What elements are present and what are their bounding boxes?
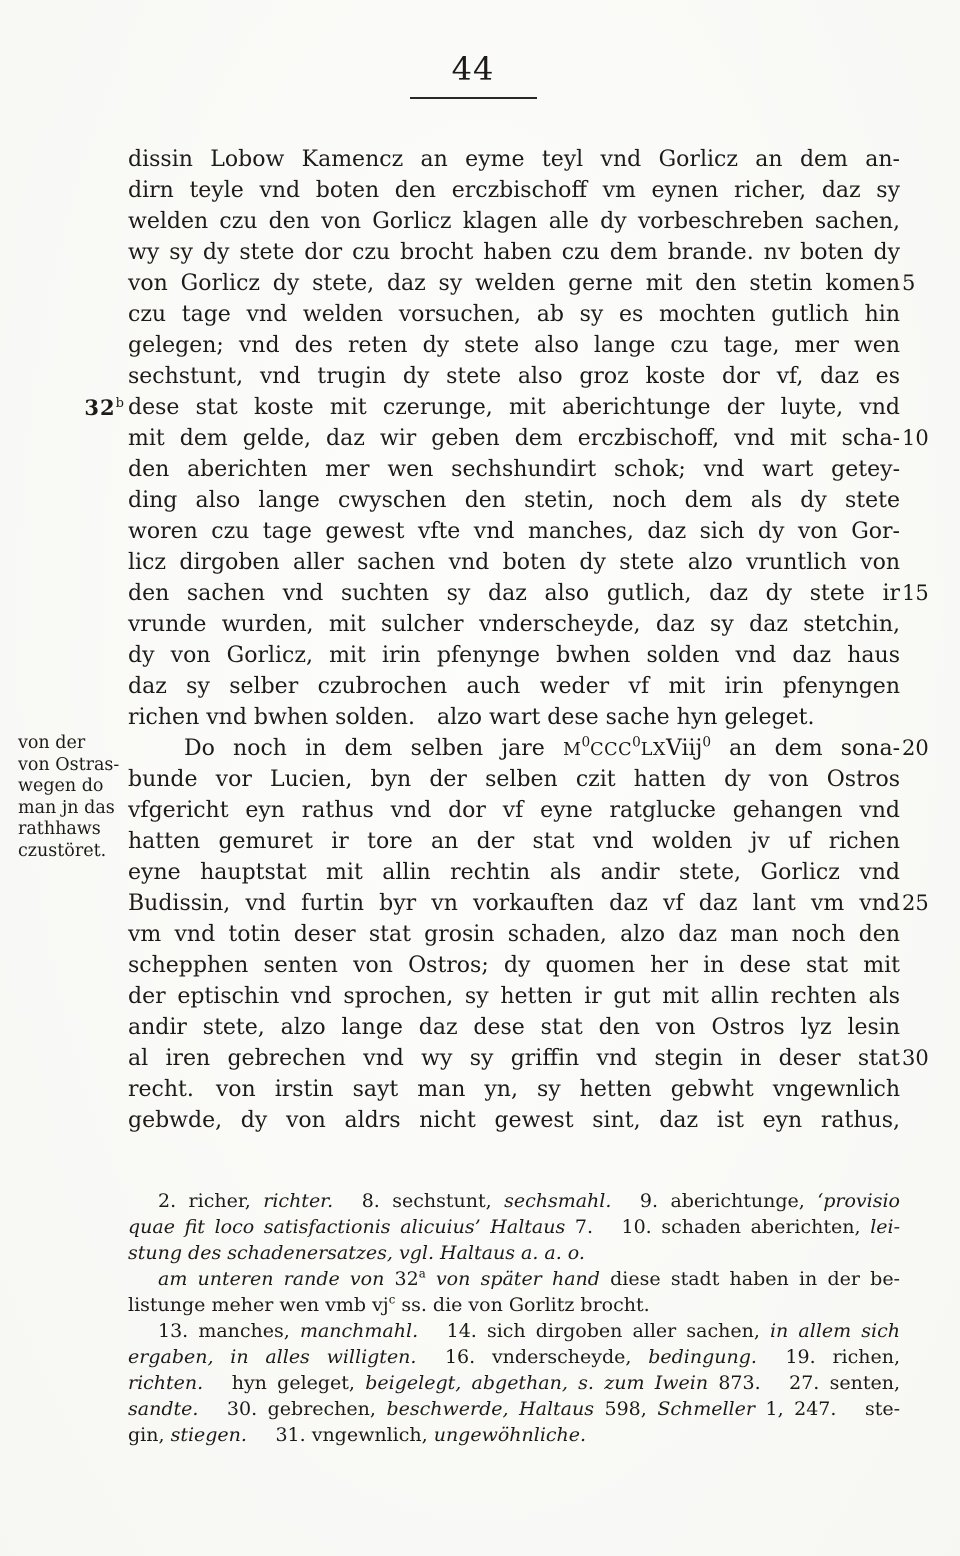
text-segment: daz sy selber czubrochen auch weder vf m…: [128, 674, 900, 699]
text-line: recht. von irstin sayt man yn, sy hetten…: [128, 1074, 900, 1105]
text-segment: mit dem gelde, daz wir geben dem erczbis…: [128, 426, 900, 451]
text-segment: ss. die von Gorlitz brocht.: [395, 1294, 649, 1316]
footnote-line: quae fit loco satisfactionis alicuius’ H…: [128, 1214, 900, 1240]
text-line: hatten gemuret ir tore an der stat vnd w…: [128, 826, 900, 857]
text-segment: 13. manches,: [158, 1320, 300, 1342]
line-number: 10: [902, 423, 942, 454]
footnote-line: 2. richer, richter. 8. sechstunt, sechsm…: [128, 1188, 900, 1214]
text-segment: CCC: [590, 740, 632, 760]
text-segment: vfgericht eyn rathus vnd dor vf eyne rat…: [128, 798, 900, 823]
text-segment: am unteren rande von: [158, 1268, 395, 1290]
side-note-line: man jn das: [18, 798, 124, 820]
text-segment: 19. richen,: [757, 1346, 900, 1368]
text-segment: dy von Gorlicz, mit irin pfenynge bwhen …: [128, 643, 900, 668]
text-line: vrunde wurden, mit sulcher vnderscheyde,…: [128, 609, 900, 640]
text-segment: beigelegt, abgethan, s. zum Iwein: [365, 1372, 708, 1394]
text-segment: gelegen; vnd des reten dy stete also lan…: [128, 333, 900, 358]
text-line: wy sy dy stete dor czu brocht haben czu …: [128, 237, 900, 268]
text-segment: 0: [632, 735, 641, 751]
text-line: licz dirgoben aller sachen vnd boten dy …: [128, 547, 900, 578]
text-line: der eptischin vnd sprochen, sy hetten ir…: [128, 981, 900, 1012]
footnotes-block: 2. richer, richter. 8. sechstunt, sechsm…: [128, 1188, 900, 1448]
text-segment: sandte.: [128, 1398, 198, 1420]
text-line: dy von Gorlicz, mit irin pfenynge bwhen …: [128, 640, 900, 671]
text-segment: sechsmahl.: [504, 1190, 611, 1212]
text-segment: sechstunt, vnd trugin dy stete also groz…: [128, 364, 900, 389]
text-segment: 9. aberichtunge,: [611, 1190, 817, 1212]
text-line: welden czu den von Gorlicz klagen alle d…: [128, 206, 900, 237]
main-text-block: dissin Lobow Kamencz an eyme teyl vnd Go…: [128, 144, 900, 1136]
text-segment: ergaben, in alles willigten.: [128, 1346, 416, 1368]
text-line: dese stat koste mit czerunge, mit aberic…: [128, 392, 900, 423]
page-number-rule: [410, 97, 537, 99]
text-segment: czu tage vnd welden vorsuchen, ab sy es …: [128, 302, 900, 327]
text-line: vfgericht eyn rathus vnd dor vf eyne rat…: [128, 795, 900, 826]
text-segment: gin,: [128, 1424, 171, 1446]
line-number: 30: [902, 1043, 942, 1074]
text-segment: 0: [582, 735, 591, 751]
text-segment: 1, 247. ste-: [755, 1398, 900, 1420]
text-segment: richen vnd bwhen solden. alzo wart dese …: [128, 705, 814, 730]
text-segment: den sachen vnd suchten sy daz also gutli…: [128, 581, 900, 606]
text-line: den sachen vnd suchten sy daz also gutli…: [128, 578, 900, 609]
footnote-line: stung des schadenersatzes, vgl. Haltaus …: [128, 1240, 900, 1266]
text-segment: listunge meher wen vmb vj: [128, 1294, 389, 1316]
book-page: 44 dissin Lobow Kamencz an eyme teyl vnd…: [0, 0, 960, 1556]
text-line: daz sy selber czubrochen auch weder vf m…: [128, 671, 900, 702]
text-segment: LX: [641, 740, 666, 760]
page-number: 44: [413, 50, 533, 88]
text-segment: lei-: [870, 1216, 900, 1238]
text-segment: 598,: [594, 1398, 657, 1420]
text-segment: beschwerde, Haltaus: [386, 1398, 594, 1420]
text-line: eyne hauptstat mit allin rechtin als and…: [128, 857, 900, 888]
text-segment: welden czu den von Gorlicz klagen alle d…: [128, 209, 900, 234]
text-segment: richter.: [263, 1190, 333, 1212]
text-line: sechstunt, vnd trugin dy stete also groz…: [128, 361, 900, 392]
text-segment: 8. sechstunt,: [333, 1190, 504, 1212]
text-line: gelegen; vnd des reten dy stete also lan…: [128, 330, 900, 361]
text-segment: 7. 10. schaden aberichten,: [565, 1216, 870, 1238]
text-segment: von später hand: [426, 1268, 600, 1290]
text-line: gebwde, dy von aldrs nicht gewest sint, …: [128, 1105, 900, 1136]
text-segment: Viij: [666, 736, 702, 761]
text-line: vm vnd totin deser stat grosin schaden, …: [128, 919, 900, 950]
footnote-line: ergaben, in alles willigten. 16. vndersc…: [128, 1344, 900, 1370]
folio-note: 32b: [68, 392, 124, 424]
side-note-line: wegen do: [18, 776, 124, 798]
text-line: woren czu tage gewest vfte vnd manches, …: [128, 516, 900, 547]
text-line: Budissin, vnd furtin byr vn vorkauften d…: [128, 888, 900, 919]
text-segment: manchmahl.: [300, 1320, 418, 1342]
text-segment: dese stat koste mit czerunge, mit aberic…: [128, 395, 900, 420]
text-segment: den aberichten mer wen sechshundirt scho…: [128, 457, 900, 482]
text-line: Do noch in dem selben jare M0CCC0LXViij0…: [128, 733, 900, 764]
text-segment: hatten gemuret ir tore an der stat vnd w…: [128, 829, 900, 854]
line-number: 15: [902, 578, 942, 609]
text-segment: 873. 27. senten,: [708, 1372, 900, 1394]
text-segment: al iren gebrechen vnd wy sy griffin vnd …: [128, 1046, 900, 1071]
text-line: andir stete, alzo lange daz dese stat de…: [128, 1012, 900, 1043]
text-segment: recht. von irstin sayt man yn, sy hetten…: [128, 1077, 900, 1102]
text-segment: richten.: [128, 1372, 203, 1394]
text-segment: an dem sona-: [711, 736, 900, 761]
footnote-line: listunge meher wen vmb vjc ss. die von G…: [128, 1292, 900, 1318]
text-segment: stung des schadenersatzes, vgl. Haltaus …: [128, 1242, 585, 1264]
text-line: dirn teyle vnd boten den erczbischoff vm…: [128, 175, 900, 206]
text-segment: diese stadt haben in der be-: [600, 1268, 900, 1290]
text-segment: 0: [702, 735, 711, 751]
text-segment: dirn teyle vnd boten den erczbischoff vm…: [128, 178, 900, 203]
text-segment: schepphen senten von Ostros; dy quomen h…: [128, 953, 900, 978]
text-segment: stiegen.: [171, 1424, 247, 1446]
text-segment: a: [419, 1267, 426, 1281]
text-segment: 2. richer,: [158, 1190, 263, 1212]
text-segment: ungewöhnliche.: [434, 1424, 586, 1446]
text-segment: eyne hauptstat mit allin rechtin als and…: [128, 860, 900, 885]
text-segment: woren czu tage gewest vfte vnd manches, …: [128, 519, 900, 544]
text-segment: gebwde, dy von aldrs nicht gewest sint, …: [128, 1108, 900, 1133]
text-segment: andir stete, alzo lange daz dese stat de…: [128, 1015, 900, 1040]
footnote-line: gin, stiegen. 31. vngewnlich, ungewöhnli…: [128, 1422, 900, 1448]
text-line: al iren gebrechen vnd wy sy griffin vnd …: [128, 1043, 900, 1074]
line-number: 20: [902, 733, 942, 764]
text-segment: vm vnd totin deser stat grosin schaden, …: [128, 922, 900, 947]
text-segment: quae fit loco satisfactionis alicuius’ H…: [128, 1216, 565, 1238]
text-line: mit dem gelde, daz wir geben dem erczbis…: [128, 423, 900, 454]
text-segment: in allem sich: [770, 1320, 900, 1342]
text-segment: 31. vngewnlich,: [247, 1424, 434, 1446]
text-segment: M: [563, 740, 582, 760]
text-segment: ‘provisio: [817, 1190, 900, 1212]
text-segment: der eptischin vnd sprochen, sy hetten ir…: [128, 984, 900, 1009]
folio-number: 32: [84, 395, 115, 420]
footnote-line: sandte. 30. gebrechen, beschwerde, Halta…: [128, 1396, 900, 1422]
text-segment: Schmeller: [657, 1398, 755, 1420]
text-line: dissin Lobow Kamencz an eyme teyl vnd Go…: [128, 144, 900, 175]
text-line: czu tage vnd welden vorsuchen, ab sy es …: [128, 299, 900, 330]
line-number: 5: [902, 268, 942, 299]
text-segment: von Gorlicz dy stete, daz sy welden gern…: [128, 271, 900, 296]
text-line: bunde vor Lucien, byn der selben czit ha…: [128, 764, 900, 795]
text-line: ding also lange cwyschen den stetin, noc…: [128, 485, 900, 516]
footnote-line: richten. hyn geleget, beigelegt, abgetha…: [128, 1370, 900, 1396]
text-segment: 30. gebrechen,: [198, 1398, 386, 1420]
text-segment: 14. sich dirgoben aller sachen,: [418, 1320, 770, 1342]
side-note-line: von der: [18, 733, 124, 755]
text-line: richen vnd bwhen solden. alzo wart dese …: [128, 702, 900, 733]
text-segment: ding also lange cwyschen den stetin, noc…: [128, 488, 900, 513]
text-line: den aberichten mer wen sechshundirt scho…: [128, 454, 900, 485]
text-line: schepphen senten von Ostros; dy quomen h…: [128, 950, 900, 981]
line-number: 25: [902, 888, 942, 919]
text-segment: licz dirgoben aller sachen vnd boten dy …: [128, 550, 900, 575]
text-segment: bunde vor Lucien, byn der selben czit ha…: [128, 767, 900, 792]
text-segment: dissin Lobow Kamencz an eyme teyl vnd Go…: [128, 147, 900, 172]
text-segment: Budissin, vnd furtin byr vn vorkauften d…: [128, 891, 900, 916]
text-segment: wy sy dy stete dor czu brocht haben czu …: [128, 240, 900, 265]
text-line: von Gorlicz dy stete, daz sy welden gern…: [128, 268, 900, 299]
text-segment: bedingung.: [648, 1346, 757, 1368]
text-segment: hyn geleget,: [203, 1372, 365, 1394]
folio-letter: b: [116, 396, 124, 411]
footnote-line: am unteren rande von 32a von später hand…: [128, 1266, 900, 1292]
text-segment: Do noch in dem selben jare: [184, 736, 563, 761]
text-segment: 32: [395, 1268, 419, 1290]
side-note-line: von Ostras-: [18, 755, 124, 777]
text-segment: vrunde wurden, mit sulcher vnderscheyde,…: [128, 612, 900, 637]
text-segment: 16. vnderscheyde,: [416, 1346, 648, 1368]
footnote-line: 13. manches, manchmahl. 14. sich dirgobe…: [128, 1318, 900, 1344]
side-note-line: rathhaws: [18, 819, 124, 841]
side-note-line: czustöret.: [18, 841, 124, 863]
side-margin-note: von dervon Ostras-wegen doman jn dasrath…: [18, 733, 124, 862]
